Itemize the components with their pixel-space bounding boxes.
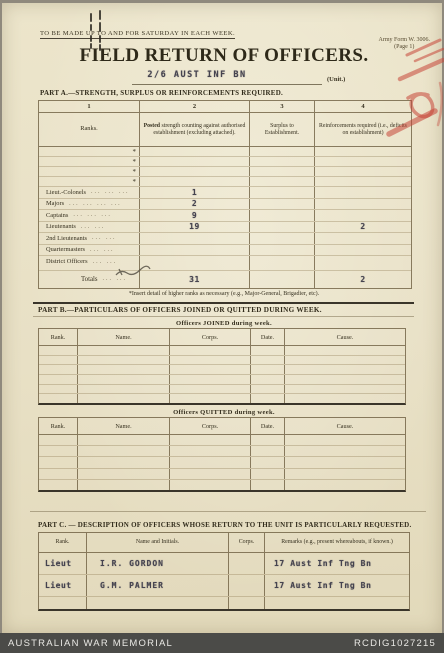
dot-leaders: ... ... <box>92 235 117 241</box>
part-c-table: Rank. Name and Initials. Corps. Remarks … <box>38 532 410 611</box>
totals-surplus-value <box>250 271 315 288</box>
unit-underline <box>132 84 322 85</box>
rank-label: District Officers <box>46 258 88 265</box>
col-number-3: 3 <box>250 101 315 112</box>
asterisk-mark: * <box>39 167 140 176</box>
higher-rank-blank-row: * <box>39 167 411 177</box>
dot-leaders: ... ... <box>90 247 115 253</box>
reinforcements-header: Reinforcements required (i.e., deficits … <box>315 113 411 146</box>
empty-row <box>39 457 405 468</box>
reinforcements-value <box>315 187 411 198</box>
heavy-rule <box>33 302 414 304</box>
rank-row-quartermasters: Quartermasters... ... <box>39 245 411 257</box>
archive-reference-id: RCDIG1027215 <box>354 638 436 649</box>
requested-officer-row: Lieut I.R. GORDON 17 Aust Inf Tng Bn <box>39 553 409 575</box>
surplus-header: Surplus to Establishment. <box>250 113 315 146</box>
empty-row <box>39 469 405 480</box>
dot-leaders: ... ... ... ... <box>69 201 122 207</box>
dot-leaders: ... ... <box>81 224 106 230</box>
posted-bold: Posted <box>144 123 160 129</box>
rank-label: Lieut.-Colonels <box>46 189 86 196</box>
part-c-heading: PART C. — DESCRIPTION OF OFFICERS WHOSE … <box>38 521 412 529</box>
rank-row-district-officers: District Officers... ... <box>39 256 411 268</box>
date-col-header: Date. <box>251 329 285 345</box>
posted-value: 19 <box>140 222 250 233</box>
unit-label: (Unit.) <box>327 76 345 83</box>
empty-row <box>39 356 405 366</box>
totals-reinforcements-value: 2 <box>315 271 411 288</box>
surplus-value <box>250 210 315 221</box>
date-col-header: Date. <box>251 418 285 434</box>
cause-col-header: Cause. <box>285 329 405 345</box>
officer-rank: Lieut <box>39 553 87 574</box>
corps-col-header: Corps. <box>170 329 251 345</box>
officer-remarks: 17 Aust Inf Tng Bn <box>265 553 409 574</box>
officers-joined-title: Officers JOINED during week. <box>2 320 444 327</box>
surplus-value <box>250 256 315 268</box>
scanned-document: TO BE MADE UP TO AND FOR SATURDAY IN EAC… <box>0 0 444 653</box>
posted-value: 9 <box>140 210 250 221</box>
officer-name: G.M. PALMER <box>87 575 229 596</box>
corps-col-header: Corps. <box>229 533 265 552</box>
rank-row-captains: Captains... ... ... 9 <box>39 210 411 222</box>
posted-rest: strength counting against authorised est… <box>153 123 245 136</box>
reinforcements-value <box>315 233 411 244</box>
posted-value: 1 <box>140 187 250 198</box>
officer-corps <box>229 575 265 596</box>
empty-row <box>39 365 405 375</box>
part-a-column-numbers: 1 2 3 4 <box>39 101 411 113</box>
empty-row <box>39 480 405 490</box>
dot-leaders: ... ... <box>93 259 118 265</box>
part-a-heading: PART A.—STRENGTH, SURPLUS OR REINFORCEME… <box>40 89 283 97</box>
corps-col-header: Corps. <box>170 418 251 434</box>
part-a-table: 1 2 3 4 Ranks. Posted strength counting … <box>38 100 412 289</box>
rank-col-header: Rank. <box>39 418 78 434</box>
surplus-value <box>250 222 315 233</box>
requested-officer-row: Lieut G.M. PALMER 17 Aust Inf Tng Bn <box>39 575 409 597</box>
form-number-line1: Army Form W. 3006. <box>378 37 430 44</box>
archive-name: AUSTRALIAN WAR MEMORIAL <box>8 638 173 649</box>
rank-col-header: Rank. <box>39 329 78 345</box>
officer-rank: Lieut <box>39 575 87 596</box>
col-number-1: 1 <box>39 101 140 112</box>
empty-row <box>39 394 405 403</box>
empty-row <box>39 375 405 385</box>
totals-label: Totals <box>81 276 98 283</box>
surplus-value <box>250 245 315 256</box>
posted-value: 2 <box>140 199 250 210</box>
form-title: FIELD RETURN OF OFFICERS. <box>2 45 444 67</box>
name-col-header: Name. <box>78 418 170 434</box>
archive-footer-bar: AUSTRALIAN WAR MEMORIAL RCDIG1027215 <box>0 633 444 653</box>
reinforcements-value <box>315 245 411 256</box>
rank-label: Quartermasters <box>46 246 85 253</box>
higher-rank-blank-row: * <box>39 177 411 187</box>
reinforcements-value: 2 <box>315 222 411 233</box>
rank-col-header: Rank. <box>39 533 87 552</box>
cause-col-header: Cause. <box>285 418 405 434</box>
empty-row <box>39 385 405 395</box>
reinforcements-value <box>315 199 411 210</box>
part-a-header-row: Ranks. Posted strength counting against … <box>39 113 411 147</box>
rank-label: Lieutenants <box>46 223 76 230</box>
posted-value <box>140 233 250 244</box>
name-initials-col-header: Name and Initials. <box>87 533 229 552</box>
asterisk-mark: * <box>39 147 140 156</box>
officers-joined-table: Rank. Name. Corps. Date. Cause. <box>38 328 406 405</box>
rank-row-lieutenants: Lieutenants... ... 19 2 <box>39 222 411 234</box>
form-paper: TO BE MADE UP TO AND FOR SATURDAY IN EAC… <box>2 3 442 634</box>
rank-label: Captains <box>46 212 68 219</box>
surplus-value <box>250 233 315 244</box>
dot-leaders: ... ... ... <box>91 189 130 195</box>
asterisk-mark: * <box>39 177 140 186</box>
joined-header-row: Rank. Name. Corps. Date. Cause. <box>39 329 405 346</box>
officer-remarks: 17 Aust Inf Tng Bn <box>265 575 409 596</box>
empty-row <box>39 435 405 446</box>
officer-name: I.R. GORDON <box>87 553 229 574</box>
asterisk-mark: * <box>39 157 140 166</box>
posted-value <box>140 245 250 256</box>
rank-row-majors: Majors... ... ... ... 2 <box>39 199 411 211</box>
empty-row <box>39 446 405 457</box>
reinforcements-value <box>315 210 411 221</box>
remarks-col-header: Remarks (e.g., present whereabouts, if k… <box>265 533 409 552</box>
crease-line <box>30 511 426 512</box>
surplus-value <box>250 199 315 210</box>
top-instruction: TO BE MADE UP TO AND FOR SATURDAY IN EAC… <box>40 30 235 39</box>
posted-value <box>140 256 250 268</box>
posted-strength-header: Posted strength counting against authori… <box>140 113 250 146</box>
rank-label: 2nd Lieutenants <box>46 235 87 242</box>
rank-label: Majors <box>46 200 64 207</box>
quitted-header-row: Rank. Name. Corps. Date. Cause. <box>39 418 405 435</box>
dot-leaders: ... ... ... <box>73 212 112 218</box>
empty-row <box>39 346 405 356</box>
totals-posted-value: 31 <box>140 271 250 288</box>
thin-rule <box>33 316 414 317</box>
higher-rank-blank-row: * <box>39 157 411 167</box>
dot-leaders: ... ... <box>103 276 128 282</box>
col-number-2: 2 <box>140 101 250 112</box>
ranks-header: Ranks. <box>39 113 140 146</box>
name-col-header: Name. <box>78 329 170 345</box>
part-b-heading: PART B.—PARTICULARS OF OFFICERS JOINED O… <box>38 306 322 314</box>
officers-quitted-table: Rank. Name. Corps. Date. Cause. <box>38 417 406 492</box>
surplus-value <box>250 187 315 198</box>
officer-corps <box>229 553 265 574</box>
part-c-header-row: Rank. Name and Initials. Corps. Remarks … <box>39 533 409 553</box>
totals-row: Totals... ... 31 2 <box>39 271 411 288</box>
rank-row-lieut-colonels: Lieut.-Colonels... ... ... 1 <box>39 187 411 199</box>
part-a-footnote: *Insert detail of higher ranks as necess… <box>2 291 444 297</box>
reinforcements-value <box>315 256 411 268</box>
officers-quitted-title: Officers QUITTED during week. <box>2 409 444 416</box>
col-number-4: 4 <box>315 101 411 112</box>
rank-row-2nd-lieutenants: 2nd Lieutenants... ... <box>39 233 411 245</box>
higher-rank-blank-row: * <box>39 147 411 157</box>
empty-row <box>39 597 409 609</box>
